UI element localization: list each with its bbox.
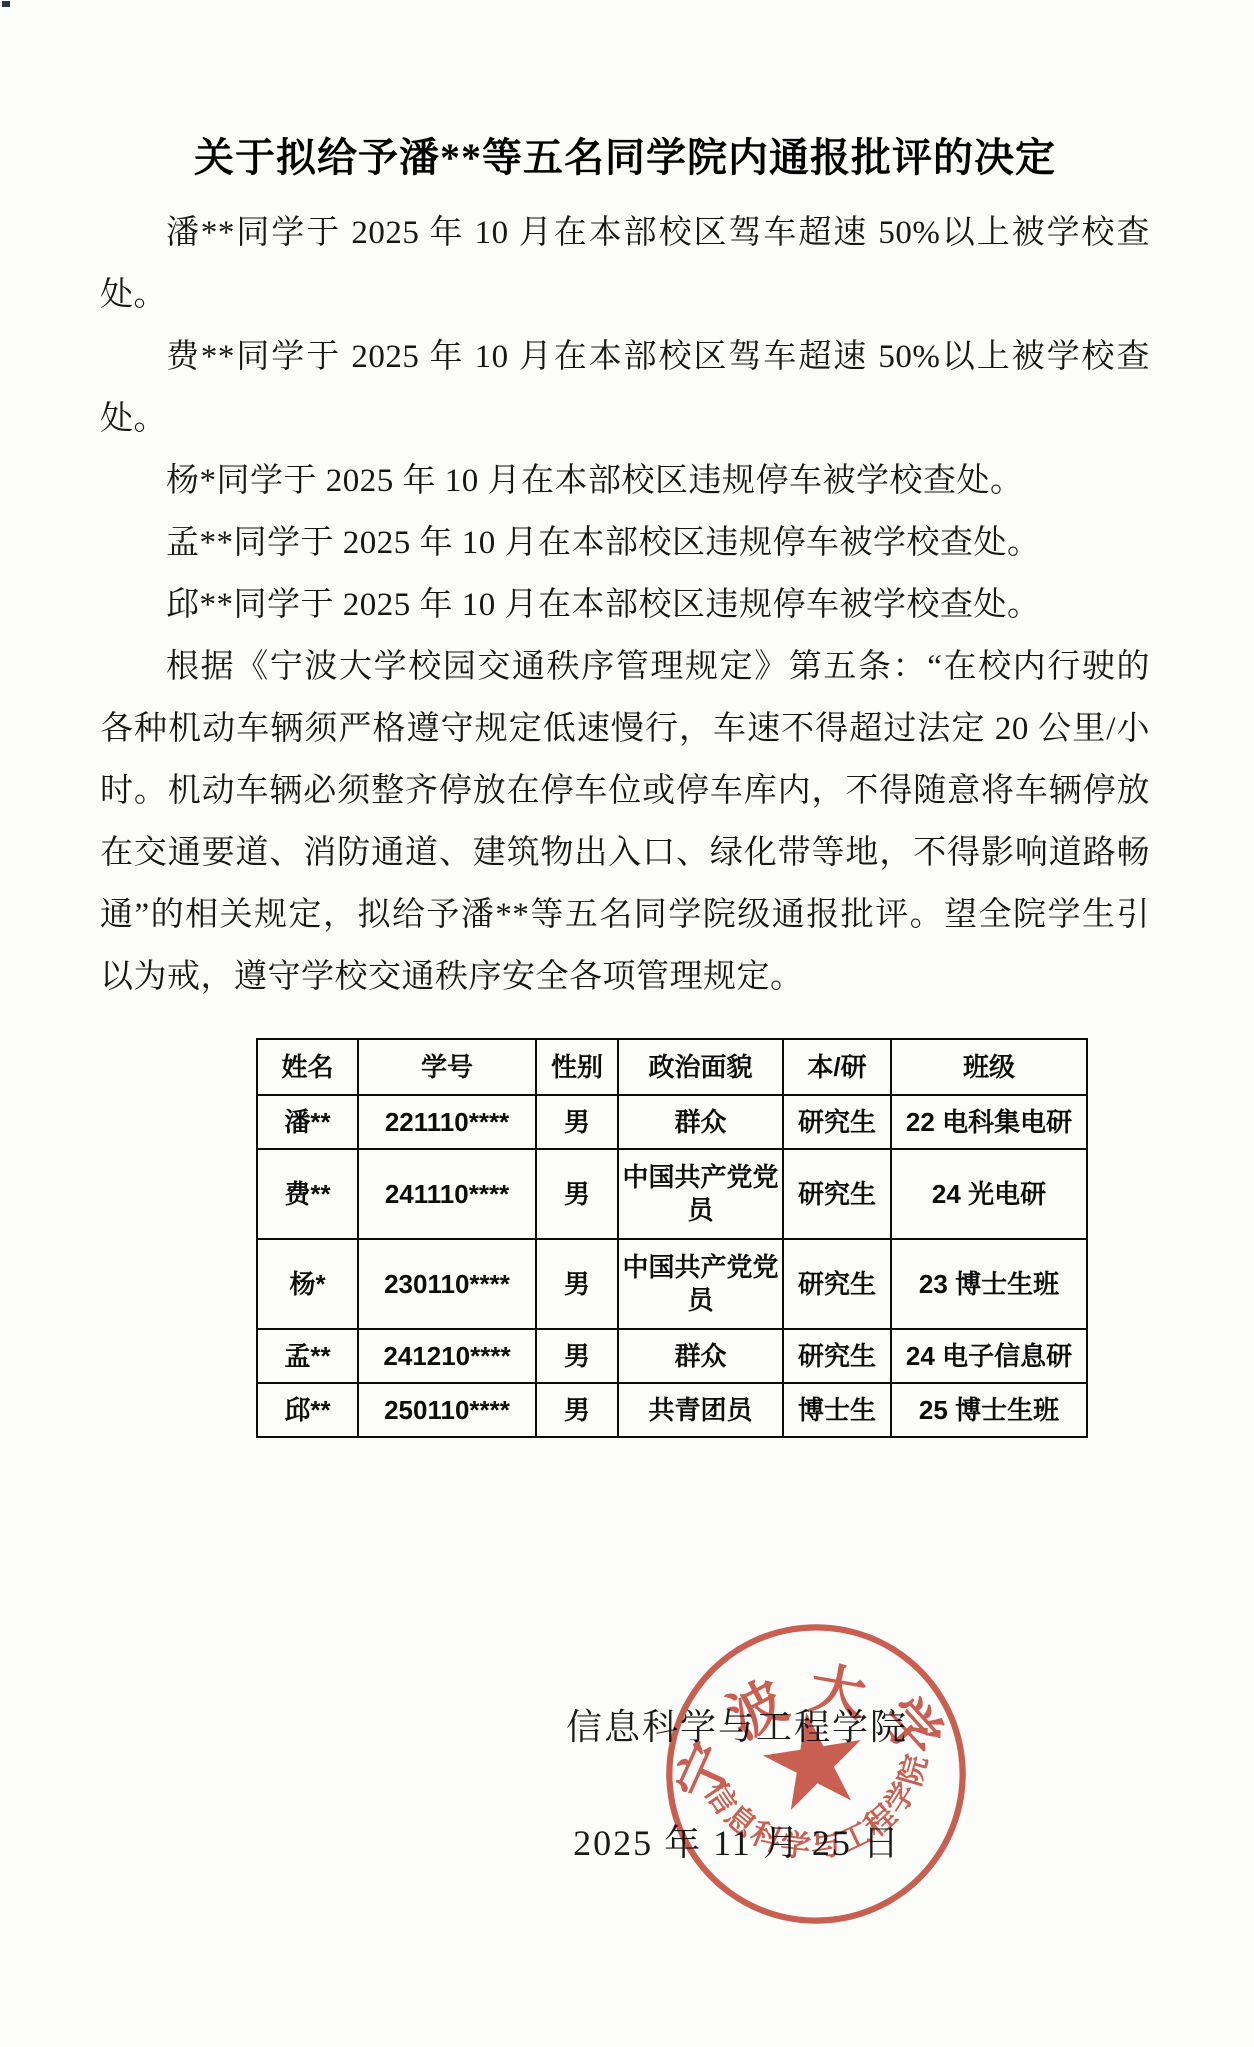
cell-gender: 男 [536, 1383, 618, 1437]
cell-student-id: 221110**** [358, 1095, 536, 1149]
scanned-document-page: 关于拟给予潘**等五名同学院内通报批评的决定 潘**同学于 2025 年 10 … [0, 0, 1254, 2047]
cell-gender: 男 [536, 1095, 618, 1149]
paragraph-fei: 费**同学于 2025 年 10 月在本部校区驾车超速 50%以上被学校查处。 [100, 326, 1150, 450]
header-name: 姓名 [257, 1039, 358, 1095]
table-header-row: 姓名 学号 性别 政治面貌 本/研 班级 [257, 1039, 1087, 1095]
cell-gender: 男 [536, 1329, 618, 1383]
table-row: 费** 241110**** 男 中国共产党党员 研究生 24 光电研 [257, 1149, 1087, 1239]
header-degree-level: 本/研 [783, 1039, 891, 1095]
cell-class: 23 博士生班 [891, 1239, 1087, 1329]
table-row: 邱** 250110**** 男 共青团员 博士生 25 博士生班 [257, 1383, 1087, 1437]
cell-degree-level: 研究生 [783, 1149, 891, 1239]
document-body: 潘**同学于 2025 年 10 月在本部校区驾车超速 50%以上被学校查处。 … [100, 202, 1150, 1008]
cell-name: 潘** [257, 1095, 358, 1149]
cell-name: 孟** [257, 1329, 358, 1383]
cell-student-id: 241110**** [358, 1149, 536, 1239]
cell-political-status: 共青团员 [618, 1383, 783, 1437]
cell-political-status: 群众 [618, 1329, 783, 1383]
paragraph-pan: 潘**同学于 2025 年 10 月在本部校区驾车超速 50%以上被学校查处。 [100, 202, 1150, 326]
scan-corner-artifact [2, 1, 10, 7]
header-student-id: 学号 [358, 1039, 536, 1095]
document-content: 关于拟给予潘**等五名同学院内通报批评的决定 潘**同学于 2025 年 10 … [0, 0, 1254, 1438]
cell-political-status: 群众 [618, 1095, 783, 1149]
cell-political-status: 中国共产党党员 [618, 1239, 783, 1329]
header-class: 班级 [891, 1039, 1087, 1095]
cell-class: 24 电子信息研 [891, 1329, 1087, 1383]
cell-degree-level: 研究生 [783, 1239, 891, 1329]
cell-degree-level: 研究生 [783, 1329, 891, 1383]
cell-class: 22 电科集电研 [891, 1095, 1087, 1149]
table-row: 孟** 241210**** 男 群众 研究生 24 电子信息研 [257, 1329, 1087, 1383]
cell-student-id: 241210**** [358, 1329, 536, 1383]
cell-student-id: 230110**** [358, 1239, 536, 1329]
student-table: 姓名 学号 性别 政治面貌 本/研 班级 潘** 221110**** 男 群众… [256, 1038, 1088, 1438]
cell-class: 25 博士生班 [891, 1383, 1087, 1437]
paragraph-meng: 孟**同学于 2025 年 10 月在本部校区违规停车被学校查处。 [100, 512, 1150, 574]
cell-name: 费** [257, 1149, 358, 1239]
header-gender: 性别 [536, 1039, 618, 1095]
table-row: 杨* 230110**** 男 中国共产党党员 研究生 23 博士生班 [257, 1239, 1087, 1329]
cell-political-status: 中国共产党党员 [618, 1149, 783, 1239]
paragraph-qiu: 邱**同学于 2025 年 10 月在本部校区违规停车被学校查处。 [100, 574, 1150, 636]
cell-class: 24 光电研 [891, 1149, 1087, 1239]
signature-org: 信息科学与工程学院 [566, 1702, 908, 1752]
paragraph-yang: 杨*同学于 2025 年 10 月在本部校区违规停车被学校查处。 [100, 450, 1150, 512]
cell-degree-level: 博士生 [783, 1383, 891, 1437]
cell-name: 杨* [257, 1239, 358, 1329]
paragraph-regulation: 根据《宁波大学校园交通秩序管理规定》第五条：“在校内行驶的各种机动车辆须严格遵守… [100, 636, 1150, 1008]
table-row: 潘** 221110**** 男 群众 研究生 22 电科集电研 [257, 1095, 1087, 1149]
cell-degree-level: 研究生 [783, 1095, 891, 1149]
signature-date: 2025 年 11 月 25 日 [566, 1818, 908, 1868]
cell-name: 邱** [257, 1383, 358, 1437]
document-title: 关于拟给予潘**等五名同学院内通报批评的决定 [100, 132, 1150, 184]
cell-gender: 男 [536, 1239, 618, 1329]
header-political-status: 政治面貌 [618, 1039, 783, 1095]
signature-block: 信息科学与工程学院 2025 年 11 月 25 日 [566, 1702, 908, 1868]
cell-student-id: 250110**** [358, 1383, 536, 1437]
cell-gender: 男 [536, 1149, 618, 1239]
